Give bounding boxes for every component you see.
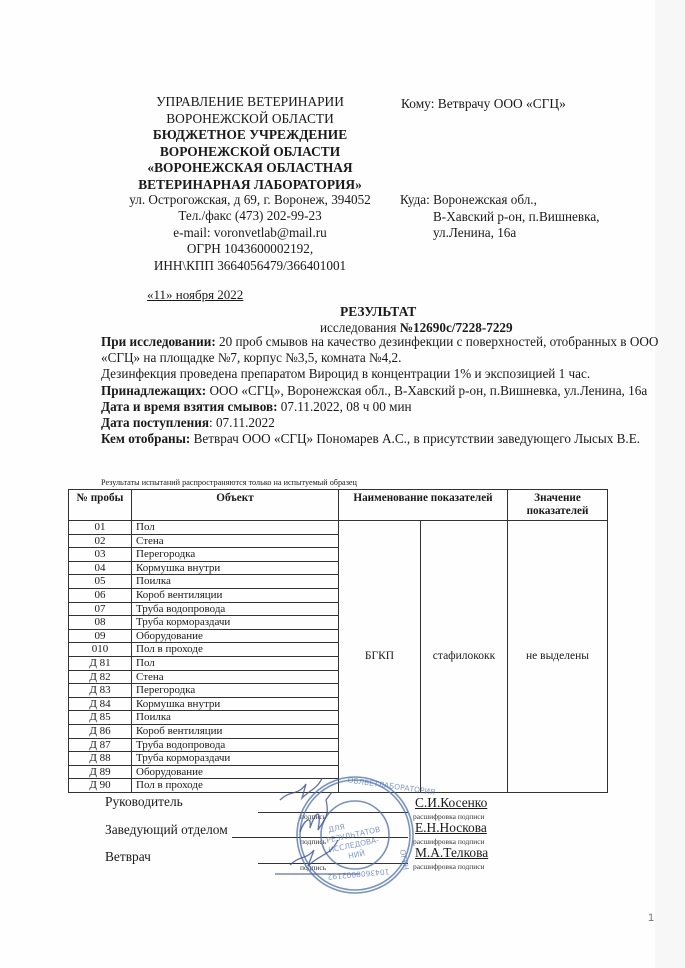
taken-by-label: Кем отобраны:	[101, 431, 190, 446]
table-row: 01 Пол БГКП стафилококк не выделены	[69, 521, 608, 535]
document-title: РЕЗУЛЬТАТ	[340, 304, 416, 320]
org-line: УПРАВЛЕНИЕ ВЕТЕРИНАРИИ	[100, 94, 400, 111]
sample-no: 09	[69, 629, 132, 643]
owner-text: ООО «СГЦ», Воронежская обл., В-Хавский р…	[206, 383, 647, 398]
owner-paragraph: Принадлежащих: ООО «СГЦ», Воронежская об…	[101, 383, 661, 399]
sample-object: Кормушка внутри	[132, 561, 339, 575]
research-number: №12690с/7228-7229	[400, 320, 513, 335]
research-details: При исследовании: 20 проб смывов на каче…	[101, 334, 661, 447]
sample-no: Д 88	[69, 752, 132, 766]
sample-object: Перегородка	[132, 548, 339, 562]
sample-object: Стена	[132, 670, 339, 684]
indicator-group: БГКП	[339, 521, 421, 793]
received-label: Дата поступления	[101, 415, 209, 430]
phone-line: Тел./факс (473) 202-99-23	[100, 208, 400, 224]
scan-edge-shade	[655, 0, 685, 968]
sample-no: Д 81	[69, 656, 132, 670]
address-line: ул. Острогожская, д 69, г. Воронеж, 3940…	[100, 192, 400, 208]
organization-header: УПРАВЛЕНИЕ ВЕТЕРИНАРИИ ВОРОНЕЖСКОЙ ОБЛАС…	[100, 94, 400, 193]
official-stamp: ДЛЯ РЕЗУЛЬТАТОВ ИССЛЕДОВА- НИЙ ОБЛВЕТЛАБ…	[260, 770, 440, 910]
subtitle-prefix: исследования	[320, 320, 400, 335]
sample-no: Д 90	[69, 779, 132, 793]
org-line: ВОРОНЕЖСКОЙ ОБЛАСТИ	[100, 144, 400, 161]
sample-object: Короб вентиляции	[132, 588, 339, 602]
sampling-text: 07.11.2022, 08 ч 00 мин	[277, 399, 411, 414]
org-line: «ВОРОНЕЖСКАЯ ОБЛАСТНАЯ	[100, 160, 400, 177]
org-line: ВОРОНЕЖСКОЙ ОБЛАСТИ	[100, 111, 400, 128]
sample-no: Д 83	[69, 684, 132, 698]
research-paragraph: При исследовании: 20 проб смывов на каче…	[101, 334, 661, 366]
stamp-icon: ДЛЯ РЕЗУЛЬТАТОВ ИССЛЕДОВА- НИЙ ОБЛВЕТЛАБ…	[260, 770, 440, 910]
sample-object: Кормушка внутри	[132, 697, 339, 711]
recipient: Кому: Ветврачу ООО «СГЦ»	[401, 96, 566, 112]
sample-object: Пол	[132, 521, 339, 535]
results-note: Результаты испытаний распространяются то…	[101, 478, 357, 487]
page-number: 1	[648, 912, 654, 924]
sampling-label: Дата и время взятия смывов:	[101, 399, 277, 414]
org-line: БЮДЖЕТНОЕ УЧРЕЖДЕНИЕ	[100, 127, 400, 144]
sample-object: Поилка	[132, 575, 339, 589]
inn-line: ИНН\КПП 3664056479/366401001	[100, 258, 400, 274]
sample-no: 07	[69, 602, 132, 616]
sample-no: Д 82	[69, 670, 132, 684]
org-line: ВЕТЕРИНАРНАЯ ЛАБОРАТОРИЯ»	[100, 177, 400, 194]
signature-role-dept: Заведующий отделом	[105, 822, 228, 838]
sample-no: 04	[69, 561, 132, 575]
organization-address: ул. Острогожская, д 69, г. Воронеж, 3940…	[100, 192, 400, 274]
sample-no: Д 86	[69, 724, 132, 738]
sample-no: 03	[69, 548, 132, 562]
taken-by-paragraph: Кем отобраны: Ветврач ООО «СГЦ» Пономаре…	[101, 431, 661, 447]
sample-object: Труба кормораздачи	[132, 752, 339, 766]
header-sample-no: № пробы	[69, 490, 132, 521]
email-line: e-mail: voronvetlab@mail.ru	[100, 225, 400, 241]
sample-object: Труба водопровода	[132, 738, 339, 752]
sample-no: 08	[69, 616, 132, 630]
sample-object: Оборудование	[132, 629, 339, 643]
indicator-name: стафилококк	[421, 521, 508, 793]
sample-no: 06	[69, 588, 132, 602]
header-indicator-name: Наименование показателей	[339, 490, 508, 521]
sample-no: Д 84	[69, 697, 132, 711]
sample-object: Поилка	[132, 711, 339, 725]
received-text: : 07.11.2022	[209, 415, 275, 430]
signature-role-head: Руководитель	[105, 794, 183, 810]
owner-label: Принадлежащих:	[101, 383, 206, 398]
header-object: Объект	[132, 490, 339, 521]
recipient-address-line: Куда: Воронежская обл.,	[400, 192, 599, 209]
sample-no: Д 89	[69, 765, 132, 779]
sample-no: Д 87	[69, 738, 132, 752]
document-page: УПРАВЛЕНИЕ ВЕТЕРИНАРИИ ВОРОНЕЖСКОЙ ОБЛАС…	[0, 0, 685, 968]
sample-object: Пол в проходе	[132, 643, 339, 657]
sample-no: 02	[69, 534, 132, 548]
header-indicator-value: Значение показателей	[508, 490, 608, 521]
indicator-value: не выделены	[508, 521, 608, 793]
research-label: При исследовании:	[101, 334, 216, 349]
sampling-paragraph: Дата и время взятия смывов: 07.11.2022, …	[101, 399, 661, 415]
results-table: № пробы Объект Наименование показателей …	[68, 489, 608, 793]
sample-no: 01	[69, 521, 132, 535]
sample-no: Д 85	[69, 711, 132, 725]
sample-object: Труба водопровода	[132, 602, 339, 616]
sample-object: Стена	[132, 534, 339, 548]
recipient-address-line: В-Хавский р-он, п.Вишневка,	[400, 209, 599, 226]
sample-object: Труба кормораздачи	[132, 616, 339, 630]
sample-object: Пол	[132, 656, 339, 670]
taken-by-text: Ветврач ООО «СГЦ» Пономарев А.С., в прис…	[190, 431, 640, 446]
sample-object: Перегородка	[132, 684, 339, 698]
received-paragraph: Дата поступления: 07.11.2022	[101, 415, 661, 431]
sample-no: 010	[69, 643, 132, 657]
disinfection-paragraph: Дезинфекция проведена препаратом Вироцид…	[101, 366, 661, 382]
ogrn-line: ОГРН 1043600002192,	[100, 241, 400, 257]
sample-no: 05	[69, 575, 132, 589]
document-date: «11» ноября 2022	[147, 287, 243, 303]
recipient-address: Куда: Воронежская обл., В-Хавский р-он, …	[400, 192, 599, 242]
sample-object: Короб вентиляции	[132, 724, 339, 738]
recipient-address-line: ул.Ленина, 16а	[400, 225, 599, 242]
signature-role-vet: Ветврач	[105, 849, 151, 865]
